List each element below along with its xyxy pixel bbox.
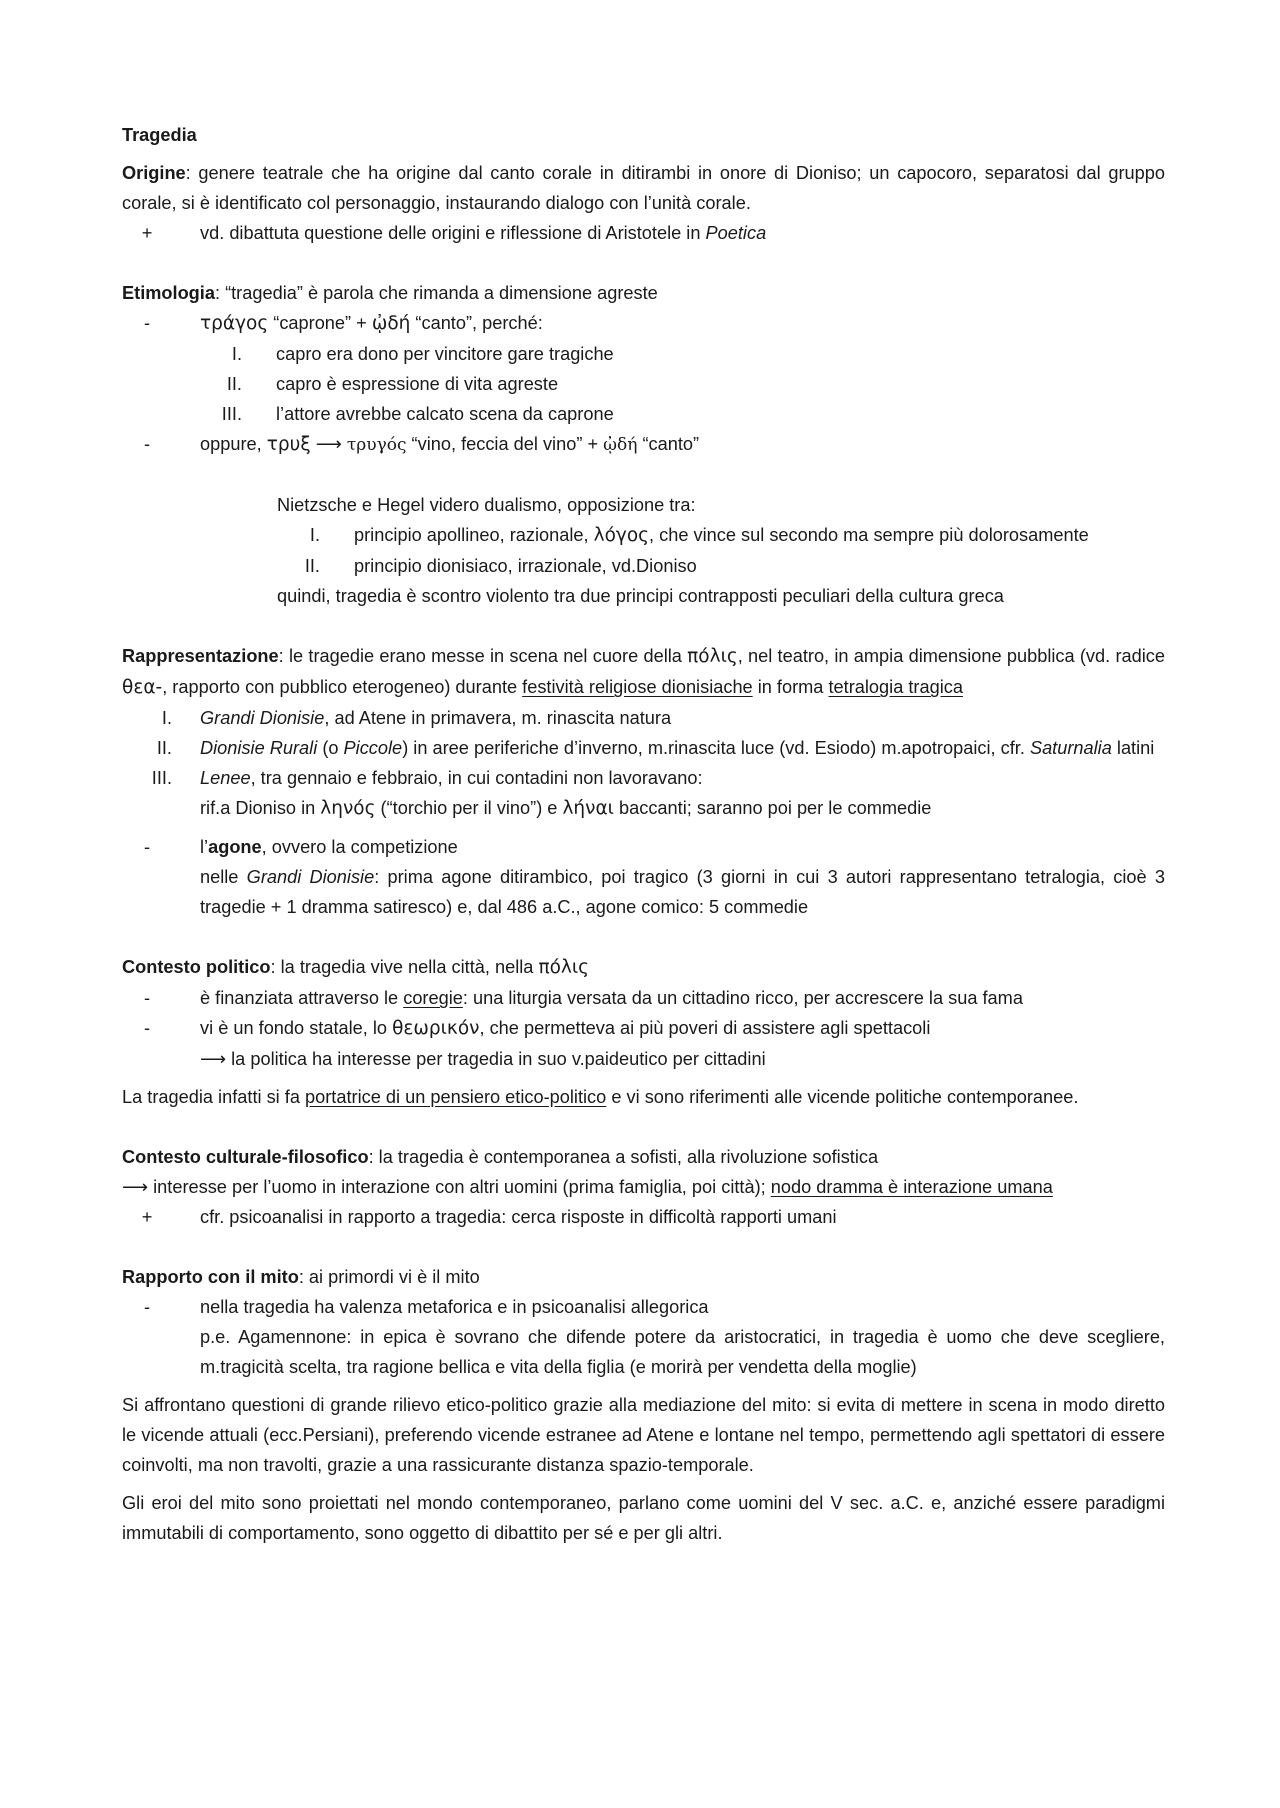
list-item: I. Grandi Dionisie, ad Atene in primaver… [122, 703, 1165, 733]
list-item: II. Dionisie Rurali (o Piccole) in aree … [122, 733, 1165, 763]
list-item: + vd. dibattuta questione delle origini … [122, 218, 1165, 248]
section-politico: Contesto politico: la tragedia vive nell… [122, 952, 1165, 983]
dash-marker: - [122, 429, 200, 460]
list-item: III. l’attore avrebbe calcato scena da c… [122, 399, 1165, 429]
section-label: Contesto politico [122, 957, 271, 977]
section-culturale: Contesto culturale-filosofico: la traged… [122, 1142, 1165, 1172]
dash-marker: - [122, 983, 200, 1013]
arrow-icon: ⟶ [311, 434, 347, 454]
list-item: + cfr. psicoanalisi in rapporto a traged… [122, 1202, 1165, 1232]
paragraph: La tragedia infatti si fa portatrice di … [122, 1082, 1165, 1112]
section-label: Origine [122, 163, 186, 183]
paragraph: Si affrontano questioni di grande riliev… [122, 1390, 1165, 1480]
paragraph: Gli eroi del mito sono proiettati nel mo… [122, 1488, 1165, 1548]
dash-marker: - [122, 1013, 200, 1044]
arrow-line: ⟶ interesse per l’uomo in interazione co… [122, 1172, 1165, 1202]
list-item: III. Lenee, tra gennaio e febbraio, in c… [122, 763, 1165, 824]
dash-marker: - [122, 832, 200, 922]
section-label: Etimologia [122, 283, 215, 303]
section-rappresentazione: Rappresentazione: le tragedie erano mess… [122, 641, 1165, 703]
list-item: II. principio dionisiaco, irrazionale, v… [122, 551, 1165, 581]
document-title: Tragedia [122, 120, 1165, 150]
list-item: I. principio apollineo, razionale, λόγος… [122, 520, 1165, 551]
list-item: - τράγος “caprone” + ᾠδή “canto”, perché… [122, 308, 1165, 339]
list-item: - nella tragedia ha valenza metaforica e… [122, 1292, 1165, 1382]
list-item: - oppure, τρυξ ⟶ τρυγός “vino, feccia de… [122, 429, 1165, 460]
section-label: Rapporto con il mito [122, 1267, 299, 1287]
list-item: I. capro era dono per vincitore gare tra… [122, 339, 1165, 369]
list-item: - è finanziata attraverso le coregie: un… [122, 983, 1165, 1013]
section-etimologia: Etimologia: “tragedia” è parola che rima… [122, 278, 1165, 308]
list-item: - vi è un fondo statale, lo θεωρικόν, ch… [122, 1013, 1165, 1044]
section-mito: Rapporto con il mito: ai primordi vi è i… [122, 1262, 1165, 1292]
list-item: II. capro è espressione di vita agreste [122, 369, 1165, 399]
arrow-line: ⟶ la politica ha interesse per tragedia … [122, 1044, 1165, 1074]
section-label: Contesto culturale-filosofico [122, 1147, 369, 1167]
section-origine: Origine: genere teatrale che ha origine … [122, 158, 1165, 218]
document-page: Tragedia Origine: genere teatrale che ha… [122, 120, 1165, 1548]
dash-marker: - [122, 308, 200, 339]
list-item: - l’agone, ovvero la competizionenelle G… [122, 832, 1165, 922]
nietzsche-intro: Nietzsche e Hegel videro dualismo, oppos… [122, 490, 1165, 520]
nietzsche-conclusion: quindi, tragedia è scontro violento tra … [122, 581, 1165, 611]
dash-marker: - [122, 1292, 200, 1382]
plus-marker: + [122, 218, 200, 248]
plus-marker: + [122, 1202, 200, 1232]
section-label: Rappresentazione [122, 646, 279, 666]
